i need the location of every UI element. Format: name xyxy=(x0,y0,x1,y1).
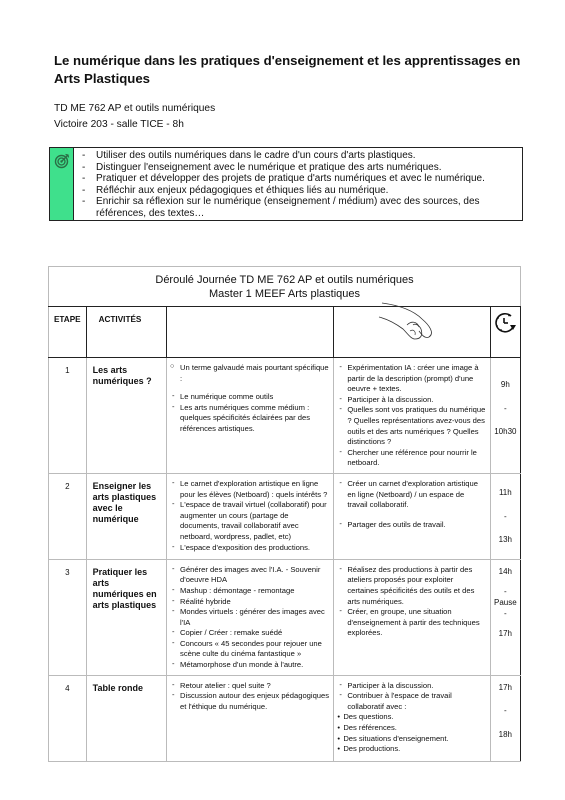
objective-item: Utiliser des outils numériques dans le c… xyxy=(80,150,516,162)
content-intro: Un terme galvaudé mais pourtant spécifiq… xyxy=(170,363,329,384)
objectives-list: Utiliser des outils numériques dans le c… xyxy=(74,148,522,220)
objective-item: Enrichir sa réflexion sur le numérique (… xyxy=(80,196,516,219)
time-start: 11h xyxy=(491,488,520,499)
content-item: Les arts numériques comme médium : quelq… xyxy=(170,403,329,435)
activity-title: Enseigner les arts plastiques avec le nu… xyxy=(86,473,166,559)
table-row: 1 Les arts numériques ? Un terme galvaud… xyxy=(49,358,521,474)
practice-item: Quelles sont vos pratiques du numérique … xyxy=(337,405,485,447)
time-cell: 17h - 18h xyxy=(490,675,520,761)
time-separator: - xyxy=(491,404,520,415)
practice-item: Contribuer à l'espace de travail collabo… xyxy=(337,691,485,712)
column-header-activites: ACTIVITÉS xyxy=(86,307,166,358)
activity-title: Les arts numériques ? xyxy=(86,358,166,474)
etape-number: 1 xyxy=(49,358,87,474)
practice-bullet: Des questions. xyxy=(337,712,485,723)
course-info: TD ME 762 AP et outils numériques Victoi… xyxy=(54,101,215,133)
content-cell: Retour atelier : quel suite ? Discussion… xyxy=(167,675,334,761)
content-item: Retour atelier : quel suite ? xyxy=(170,681,329,692)
objective-item: Pratiquer et développer des projets de p… xyxy=(80,173,516,185)
column-header-etape: ETAPE xyxy=(49,307,87,358)
objectives-icon-cell xyxy=(50,148,74,220)
time-start: 9h xyxy=(491,380,520,391)
clock-icon xyxy=(493,311,517,335)
schedule-title-line1: Déroulé Journée TD ME 762 AP et outils n… xyxy=(49,273,520,287)
column-header-time xyxy=(490,307,520,358)
practice-item: Expérimentation IA : créer une image à p… xyxy=(337,363,485,395)
etape-number: 3 xyxy=(49,559,87,675)
time-end: 17h xyxy=(491,629,520,640)
time-separator: - xyxy=(491,706,520,717)
time-start: 14h xyxy=(491,567,520,578)
content-item: L'espace d'exposition des productions. xyxy=(170,543,329,554)
practice-cell: Créer un carnet d'exploration artistique… xyxy=(334,473,490,559)
course-name: TD ME 762 AP et outils numériques xyxy=(54,101,215,117)
table-row: 3 Pratiquer les arts numériques en arts … xyxy=(49,559,521,675)
practice-cell: Expérimentation IA : créer une image à p… xyxy=(334,358,490,474)
table-row: 2 Enseigner les arts plastiques avec le … xyxy=(49,473,521,559)
practice-item: Participer à la discussion. xyxy=(337,681,485,692)
content-item: L'espace de travail virtuel (collaborati… xyxy=(170,500,329,542)
content-item: Le numérique comme outils xyxy=(170,392,329,403)
practice-item: Participer à la discussion. xyxy=(337,395,485,406)
practice-cell: Réalisez des productions à partir des at… xyxy=(334,559,490,675)
course-location: Victoire 203 - salle TICE - 8h xyxy=(54,117,215,133)
practice-item: Créer, en groupe, une situation d'enseig… xyxy=(337,607,485,639)
schedule-table: Déroulé Journée TD ME 762 AP et outils n… xyxy=(48,266,521,762)
practice-bullet: Des situations d'enseignement. xyxy=(337,734,485,745)
time-cell: 14h - Pause - 17h xyxy=(490,559,520,675)
practice-bullet: Des références. xyxy=(337,723,485,734)
content-item: Générer des images avec l'I.A. - Souveni… xyxy=(170,565,329,586)
content-item: Métamorphose d'un monde à l'autre. xyxy=(170,660,329,671)
objective-item: Réfléchir aux enjeux pédagogiques et éth… xyxy=(80,185,516,197)
content-item: Mondes virtuels : générer des images ave… xyxy=(170,607,329,628)
objective-item: Distinguer l'enseignement avec le numéri… xyxy=(80,162,516,174)
schedule-title-line2: Master 1 MEEF Arts plastiques xyxy=(49,287,520,301)
schedule-title: Déroulé Journée TD ME 762 AP et outils n… xyxy=(49,267,521,307)
content-item: Copier / Créer : remake suédé xyxy=(170,628,329,639)
content-item: Le carnet d'exploration artistique en li… xyxy=(170,479,329,500)
target-icon xyxy=(54,153,70,169)
content-item: Mashup : démontage - remontage xyxy=(170,586,329,597)
etape-number: 4 xyxy=(49,675,87,761)
table-row: 4 Table ronde Retour atelier : quel suit… xyxy=(49,675,521,761)
practice-item: Réalisez des productions à partir des at… xyxy=(337,565,485,607)
practice-item: Partager des outils de travail. xyxy=(337,520,485,531)
content-cell: Le carnet d'exploration artistique en li… xyxy=(167,473,334,559)
column-header-content xyxy=(167,307,334,358)
etape-number: 2 xyxy=(49,473,87,559)
time-end: 13h xyxy=(491,535,520,546)
time-separator: - xyxy=(491,609,520,620)
content-item: Discussion autour des enjeux pédagogique… xyxy=(170,691,329,712)
objectives-box: Utiliser des outils numériques dans le c… xyxy=(49,147,523,221)
time-separator: - xyxy=(491,512,520,523)
time-cell: 11h - 13h xyxy=(490,473,520,559)
column-header-practice xyxy=(334,307,490,358)
practice-item: Chercher une référence pour nourrir le n… xyxy=(337,448,485,469)
activity-title: Table ronde xyxy=(86,675,166,761)
time-pause: Pause xyxy=(491,598,520,609)
pointing-hand-icon xyxy=(377,301,447,341)
practice-cell: Participer à la discussion. Contribuer à… xyxy=(334,675,490,761)
practice-bullet: Des productions. xyxy=(337,744,485,755)
time-cell: 9h - 10h30 xyxy=(490,358,520,474)
time-separator: - xyxy=(491,587,520,598)
content-cell: Un terme galvaudé mais pourtant spécifiq… xyxy=(167,358,334,474)
practice-item: Créer un carnet d'exploration artistique… xyxy=(337,479,485,511)
content-item: Réalité hybride xyxy=(170,597,329,608)
time-end: 18h xyxy=(491,730,520,741)
content-cell: Générer des images avec l'I.A. - Souveni… xyxy=(167,559,334,675)
activity-title: Pratiquer les arts numériques en arts pl… xyxy=(86,559,166,675)
document-title: Le numérique dans les pratiques d'enseig… xyxy=(54,52,534,88)
content-item: Concours « 45 secondes pour rejouer une … xyxy=(170,639,329,660)
time-start: 17h xyxy=(491,683,520,694)
time-end: 10h30 xyxy=(491,427,520,438)
